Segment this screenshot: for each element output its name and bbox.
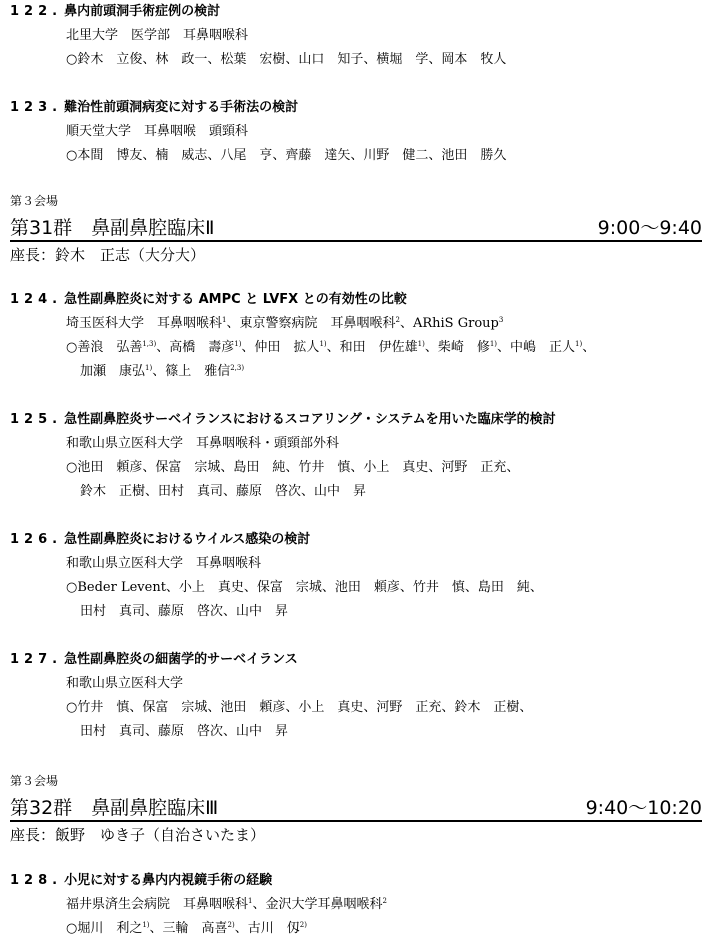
affiliation-3: 、ARhiS Group: [400, 316, 499, 331]
venue-label: 第３会場: [10, 774, 58, 788]
affiliation-2-mark: 2: [383, 897, 387, 905]
abstract-affiliation: 和歌山県立医科大学 耳鼻咽喉科・頭頸部外科: [66, 436, 339, 452]
abstract-number: 128.: [10, 873, 62, 889]
abstract-126: 126.急性副鼻腔炎におけるウイルス感染の検討 和歌山県立医科大学 耳鼻咽喉科 …: [0, 532, 710, 622]
affiliation-2: 、金沢大学耳鼻咽喉科: [252, 897, 382, 912]
abstract-number: 124.: [10, 292, 62, 308]
abstract-affiliation: 北里大学 医学部 耳鼻咽喉科: [66, 28, 248, 44]
abstract-number: 122.: [10, 4, 62, 20]
venue-label: 第３会場: [10, 194, 58, 208]
abstract-authors: ○Beder Levent、小上 真史、保富 宗城、池田 頼彦、竹井 慎、島田 …: [66, 580, 543, 596]
author-name: 、三輪 高喜: [150, 921, 228, 936]
author-name: 、古川 仭: [235, 921, 300, 936]
abstract-number: 126.: [10, 532, 62, 548]
abstract-title: 123.難治性前頭洞病変に対する手術法の検討: [10, 100, 298, 116]
abstract-authors: ○堀川 利之1)、三輪 高喜2)、古川 仭2): [66, 921, 307, 936]
author-name: 、仲田 拡人: [241, 340, 319, 355]
abstract-affiliation: 和歌山県立医科大学 耳鼻咽喉科: [66, 556, 261, 572]
author-mark: 1): [490, 340, 497, 348]
author-mark: 1): [142, 921, 149, 929]
abstract-authors-continued: 鈴木 正樹、田村 真司、藤原 啓次、山中 昇: [80, 484, 366, 500]
abstract-authors-continued: 田村 真司、藤原 啓次、山中 昇: [80, 724, 288, 740]
abstract-authors: ○鈴木 立俊、林 政一、松葉 宏樹、山口 知子、横堀 学、岡本 牧人: [66, 52, 506, 68]
abstract-title: 122.鼻内前頭洞手術症例の検討: [10, 4, 220, 20]
abstract-affiliation: 福井県済生会病院 耳鼻咽喉科1、金沢大学耳鼻咽喉科2: [66, 897, 387, 913]
session-title: 第31群 鼻副鼻腔臨床Ⅱ: [10, 217, 215, 239]
abstract-title-text: 急性副鼻腔炎サーベイランスにおけるスコアリング・システムを用いた臨床学的検討: [64, 412, 556, 427]
affiliation-3-mark: 3: [499, 316, 503, 324]
author-name: 、中嶋 正人: [497, 340, 575, 355]
abstract-123: 123.難治性前頭洞病変に対する手術法の検討 順天堂大学 耳鼻咽喉 頭頸科 ○本…: [0, 100, 710, 160]
abstract-title: 126.急性副鼻腔炎におけるウイルス感染の検討: [10, 532, 310, 548]
author-name: 、高橋 壽彦: [156, 340, 234, 355]
abstract-authors: ○池田 頼彦、保富 宗城、島田 純、竹井 慎、小上 真史、河野 正充、: [66, 460, 519, 476]
author-separator: 、: [582, 340, 595, 355]
abstract-title: 128.小児に対する鼻内内視鏡手術の経験: [10, 873, 272, 889]
author-mark: 2,3): [230, 364, 244, 372]
session-chair: 座長：鈴木 正志（大分大）: [10, 246, 205, 264]
session-title-bar: 第32群 鼻副鼻腔臨床Ⅲ 9:40〜10:20: [10, 796, 702, 822]
abstract-number: 125.: [10, 412, 62, 428]
author-mark: 1): [418, 340, 425, 348]
author-mark: 1): [319, 340, 326, 348]
abstract-title-text: 難治性前頭洞病変に対する手術法の検討: [64, 100, 298, 115]
abstract-127: 127.急性副鼻腔炎の細菌学的サーベイランス 和歌山県立医科大学 ○竹井 慎、保…: [0, 652, 710, 742]
author-name: 、篠上 雅信: [152, 364, 230, 379]
session-chair: 座長：飯野 ゆき子（自治さいたま）: [10, 826, 265, 844]
author-name: ○堀川 利之: [66, 921, 142, 936]
abstract-124: 124.急性副鼻腔炎に対する AMPC と LVFX との有効性の比較 埼玉医科…: [0, 292, 710, 382]
abstract-authors: ○善浪 弘善1,3)、高橋 壽彦1)、仲田 拡人1)、和田 伊佐雄1)、柴崎 修…: [66, 340, 595, 356]
author-name: 、柴崎 修: [425, 340, 490, 355]
abstract-title-text: 急性副鼻腔炎におけるウイルス感染の検討: [64, 532, 310, 547]
abstract-title: 124.急性副鼻腔炎に対する AMPC と LVFX との有効性の比較: [10, 292, 407, 308]
abstract-number: 127.: [10, 652, 62, 668]
abstract-authors-continued: 田村 真司、藤原 啓次、山中 昇: [80, 604, 288, 620]
author-name: 、和田 伊佐雄: [327, 340, 418, 355]
session-time: 9:00〜9:40: [598, 217, 702, 239]
abstract-affiliation: 和歌山県立医科大学: [66, 676, 183, 692]
session-title: 第32群 鼻副鼻腔臨床Ⅲ: [10, 797, 218, 819]
abstract-122: 122.鼻内前頭洞手術症例の検討 北里大学 医学部 耳鼻咽喉科 ○鈴木 立俊、林…: [0, 4, 710, 64]
abstract-authors: ○竹井 慎、保富 宗城、池田 頼彦、小上 真史、河野 正充、鈴木 正樹、: [66, 700, 532, 716]
abstract-128: 128.小児に対する鼻内内視鏡手術の経験 福井県済生会病院 耳鼻咽喉科1、金沢大…: [0, 873, 710, 936]
author-mark: 2): [228, 921, 235, 929]
affiliation-1: 福井県済生会病院 耳鼻咽喉科: [66, 897, 248, 912]
abstract-title-text: 鼻内前頭洞手術症例の検討: [64, 4, 220, 19]
session-time: 9:40〜10:20: [586, 797, 702, 819]
author-name: 加瀬 康弘: [80, 364, 145, 379]
abstract-title-text: 小児に対する鼻内内視鏡手術の経験: [64, 873, 272, 888]
abstract-title: 127.急性副鼻腔炎の細菌学的サーベイランス: [10, 652, 298, 668]
author-name: ○善浪 弘善: [66, 340, 142, 355]
affiliation-1: 埼玉医科大学 耳鼻咽喉科: [66, 316, 222, 331]
abstract-125: 125.急性副鼻腔炎サーベイランスにおけるスコアリング・システムを用いた臨床学的…: [0, 412, 710, 502]
abstract-title: 125.急性副鼻腔炎サーベイランスにおけるスコアリング・システムを用いた臨床学的…: [10, 412, 556, 428]
abstract-title-text: 急性副鼻腔炎の細菌学的サーベイランス: [64, 652, 298, 667]
session-header-32: 第３会場 第32群 鼻副鼻腔臨床Ⅲ 9:40〜10:20 座長：飯野 ゆき子（自…: [0, 774, 710, 854]
affiliation-2: 、東京警察病院 耳鼻咽喉科: [226, 316, 395, 331]
abstract-authors: ○本間 博友、楠 威志、八尾 亨、齊藤 達矢、川野 健二、池田 勝久: [66, 148, 506, 164]
session-title-bar: 第31群 鼻副鼻腔臨床Ⅱ 9:00〜9:40: [10, 216, 702, 242]
author-mark: 1,3): [142, 340, 156, 348]
abstract-number: 123.: [10, 100, 62, 116]
abstract-affiliation: 埼玉医科大学 耳鼻咽喉科1、東京警察病院 耳鼻咽喉科2、ARhiS Group3: [66, 316, 503, 332]
abstract-authors-continued: 加瀬 康弘1)、篠上 雅信2,3): [80, 364, 244, 380]
abstract-affiliation: 順天堂大学 耳鼻咽喉 頭頸科: [66, 124, 248, 140]
author-mark: 2): [300, 921, 307, 929]
session-header-31: 第３会場 第31群 鼻副鼻腔臨床Ⅱ 9:00〜9:40 座長：鈴木 正志（大分大…: [0, 194, 710, 274]
abstract-title-text: 急性副鼻腔炎に対する AMPC と LVFX との有効性の比較: [64, 292, 407, 307]
